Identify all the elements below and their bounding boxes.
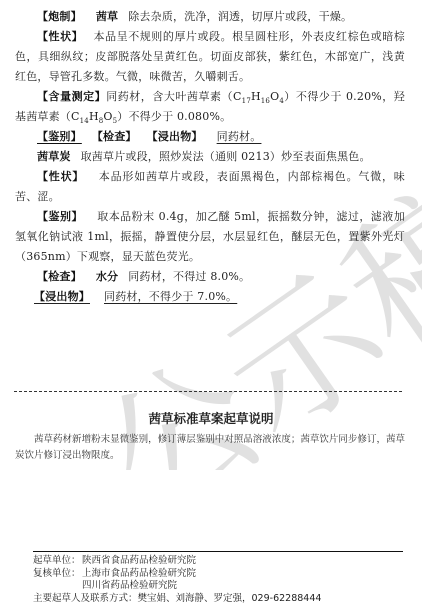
section-text: 除去杂质，洗净，润透，切厚片或段，干燥。 xyxy=(128,10,352,23)
term-label: 水分 xyxy=(96,270,118,283)
section-hanliang: 【含量测定】同药材，含大叶茜草素（C17H16O4）不得少于 0.20%，羟基茜… xyxy=(15,87,405,127)
section-text: H xyxy=(89,110,99,123)
footer-divider xyxy=(33,551,403,552)
subscript: 14 xyxy=(80,117,89,125)
section-text: H xyxy=(251,90,261,103)
section-tag: 【鉴别】 xyxy=(37,210,83,223)
review-unit-value: 四川省药品检验研究院 xyxy=(82,580,177,591)
section-tag: 【浸出物】 xyxy=(34,290,90,303)
section-tan: 茜草炭取茜草片或段，照炒炭法（通则 0213）炒至表面焦黑色。 xyxy=(15,147,405,167)
contact-row: 主要起草人及联系方式：樊宝娟、刘海静、罗定强，029-62288444 xyxy=(33,593,321,606)
review-unit-row-2: 四川省药品检验研究院 xyxy=(33,580,321,593)
explanation-text: 茜草药材新增粉末显微鉴别，修订薄层鉴别中对照品溶液浓度；茜草饮片同步修订，茜草炭… xyxy=(15,432,405,464)
term-label: 茜草炭 xyxy=(37,150,71,163)
review-unit-value: 上海市食品药品检验研究院 xyxy=(82,568,196,579)
section-text: 同药材，不得过 8.0%。 xyxy=(128,270,250,283)
section-tan-jiancha: 【检查】水分同药材，不得过 8.0%。 xyxy=(15,267,405,287)
drafting-unit-label: 起草单位： xyxy=(33,555,82,568)
footer-info: 起草单位：陕西省食品药品检验研究院 复核单位：上海市食品药品检验研究院 四川省药… xyxy=(33,555,321,605)
section-tag: 【浸出物】 xyxy=(147,130,203,143)
section-paozhi: 【炮制】茜草除去杂质，洗净，润透，切厚片或段，干燥。 xyxy=(15,7,405,27)
section-tag: 【检查】 xyxy=(37,270,82,283)
review-unit-row: 复核单位：上海市食品药品检验研究院 xyxy=(33,568,321,581)
section-tag: 【炮制】 xyxy=(37,10,82,23)
section-tag: 【鉴别】 xyxy=(37,130,82,143)
section-xingzhuang: 【性状】本品呈不规则的厚片或段。根呈圆柱形，外表皮红棕色或暗棕色，具细纵纹；皮部… xyxy=(15,27,405,87)
dashed-divider xyxy=(14,391,402,392)
drafting-unit-row: 起草单位：陕西省食品药品检验研究院 xyxy=(33,555,321,568)
contact-label: 主要起草人及联系方式： xyxy=(33,593,138,604)
underlined-line: 【浸出物】同药材，不得少于 7.0%。 xyxy=(34,290,251,303)
section-text: 取茜草片或段，照炒炭法（通则 0213）炒至表面焦黑色。 xyxy=(81,150,371,163)
drafting-unit-value: 陕西省食品药品检验研究院 xyxy=(82,555,196,566)
subscript: 17 xyxy=(242,97,251,105)
section-text: ）不得少于 0.080%。 xyxy=(117,110,231,123)
section-text: O xyxy=(103,110,112,123)
section-tag: 【含量测定】 xyxy=(37,90,106,103)
section-tan-xingzhuang: 【性状】本品形如茜草片或段，表面黑褐色，内部棕褐色。气微，味苦、涩。 xyxy=(15,167,405,207)
review-unit-label: 复核单位： xyxy=(33,568,82,581)
section-tag: 【检查】 xyxy=(92,130,137,143)
document-page: 公示稿 【炮制】茜草除去杂质，洗净，润透，切厚片或段，干燥。 【性状】本品呈不规… xyxy=(0,0,422,616)
section-tan-jianbie: 【鉴别】取本品粉末 0.4g，加乙醚 5ml，振摇数分钟，滤过，滤液加氢氧化钠试… xyxy=(15,207,405,267)
section-text: O xyxy=(270,90,279,103)
section-tag: 【性状】 xyxy=(37,170,84,183)
standard-body: 【炮制】茜草除去杂质，洗净，润透，切厚片或段，干燥。 【性状】本品呈不规则的厚片… xyxy=(15,7,405,307)
section-tan-jinchu: 【浸出物】同药材，不得少于 7.0%。 xyxy=(15,287,405,307)
section-tag: 【性状】 xyxy=(37,30,83,43)
section-text: 同药材，不得少于 7.0%。 xyxy=(104,290,237,303)
explanation-title: 茜草标准草案起草说明 xyxy=(0,409,422,427)
section-text: 同药材。 xyxy=(217,130,262,143)
subscript: 16 xyxy=(261,97,270,105)
contact-value: 樊宝娟、刘海静、罗定强，029-62288444 xyxy=(138,593,322,604)
section-text: 同药材，含大叶茜草素（C xyxy=(106,90,241,103)
term-label: 茜草 xyxy=(96,10,118,23)
section-same-as-crude: 【鉴别】【检查】【浸出物】同药材。 xyxy=(15,127,405,147)
